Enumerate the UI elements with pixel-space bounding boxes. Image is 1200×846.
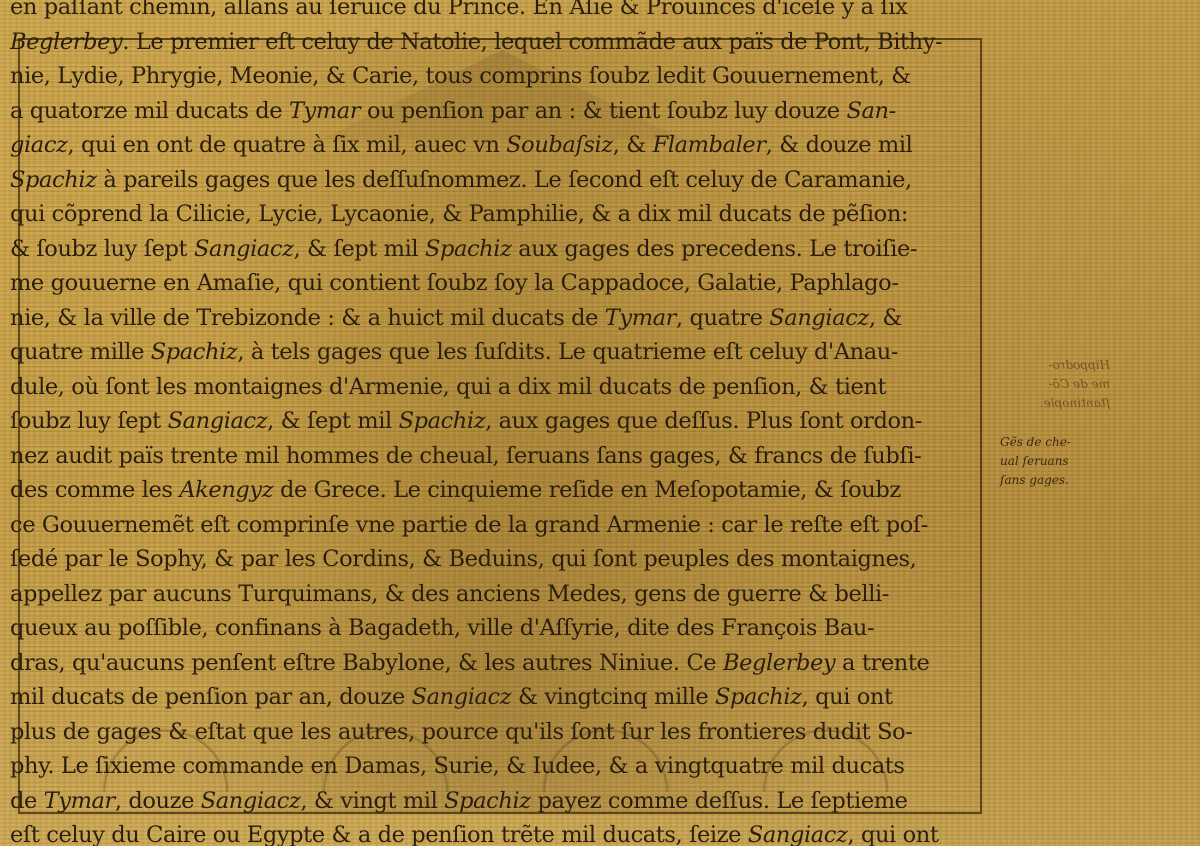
text-line: qui cõprend la Cilicie, Lycie, Lycaonie,… bbox=[10, 197, 1000, 232]
text-line: dras, qu'aucuns penſent eſtre Babylone, … bbox=[10, 646, 1000, 681]
text-line: giacz, qui en ont de quatre à ſix mil, a… bbox=[10, 128, 1000, 163]
note-line: Hippodro- bbox=[1000, 356, 1110, 375]
text-line: queux au poſſible, confinans à Bagadeth,… bbox=[10, 611, 1000, 646]
text-line: me gouuerne en Amaſie, qui contient ſoub… bbox=[10, 266, 1000, 301]
text-line: des comme les Akengyz de Grece. Le cinqu… bbox=[10, 473, 1000, 508]
text-line: phy. Le ſixieme commande en Damas, Surie… bbox=[10, 749, 1000, 784]
text-line: de Tymar, douze Sangiacz, & vingt mil Sp… bbox=[10, 784, 1000, 819]
text-line: mil ducats de penſion par an, douze Sang… bbox=[10, 680, 1000, 715]
text-line: ſoubz luy ſept Sangiacz, & ſept mil Spac… bbox=[10, 404, 1000, 439]
note-line: ſans gages. bbox=[1000, 471, 1110, 490]
margin-gloss: Gẽs de che- ual ſeruans ſans gages. bbox=[1000, 433, 1110, 490]
text-line: a quatorze mil ducats de Tymar ou penſio… bbox=[10, 94, 1000, 129]
show-through-margin-note: Hippodro- me de Cõ- ſtantinople. bbox=[1000, 356, 1110, 413]
margin-notes: Hippodro- me de Cõ- ſtantinople. Gẽs de … bbox=[1000, 356, 1110, 490]
text-line: eſt celuy du Caire ou Egypte & a de penſ… bbox=[10, 818, 1000, 846]
text-line: nie, Lydie, Phrygie, Meonie, & Carie, to… bbox=[10, 59, 1000, 94]
text-line: Beglerbey. Le premier eſt celuy de Natol… bbox=[10, 25, 1000, 60]
note-line: ſtantinople. bbox=[1000, 394, 1110, 413]
text-line: dule, où ſont les montaignes d'Armenie, … bbox=[10, 370, 1000, 405]
note-line: ual ſeruans bbox=[1000, 452, 1110, 471]
text-line: quatre mille Spachiz, à tels gages que l… bbox=[10, 335, 1000, 370]
text-line: ſedé par le Sophy, & par les Cordins, & … bbox=[10, 542, 1000, 577]
text-line: ce Gouuernemẽt eſt comprinſe vne partie … bbox=[10, 508, 1000, 543]
text-line: en paſſant chemin, allans au ſeruice du … bbox=[10, 0, 1000, 25]
text-line: Spachiz à pareils gages que les deſſuſno… bbox=[10, 163, 1000, 198]
text-line: nez audit païs trente mil hommes de cheu… bbox=[10, 439, 1000, 474]
note-line: Gẽs de che- bbox=[1000, 433, 1110, 452]
text-line: appellez par aucuns Turquimans, & des an… bbox=[10, 577, 1000, 612]
text-line: nie, & la ville de Trebizonde : & a huic… bbox=[10, 301, 1000, 336]
body-text: en paſſant chemin, allans au ſeruice du … bbox=[10, 0, 1000, 846]
text-line: plus de gages & eſtat que les autres, po… bbox=[10, 715, 1000, 750]
note-line: me de Cõ- bbox=[1000, 375, 1110, 394]
text-line: & ſoubz luy ſept Sangiacz, & ſept mil Sp… bbox=[10, 232, 1000, 267]
